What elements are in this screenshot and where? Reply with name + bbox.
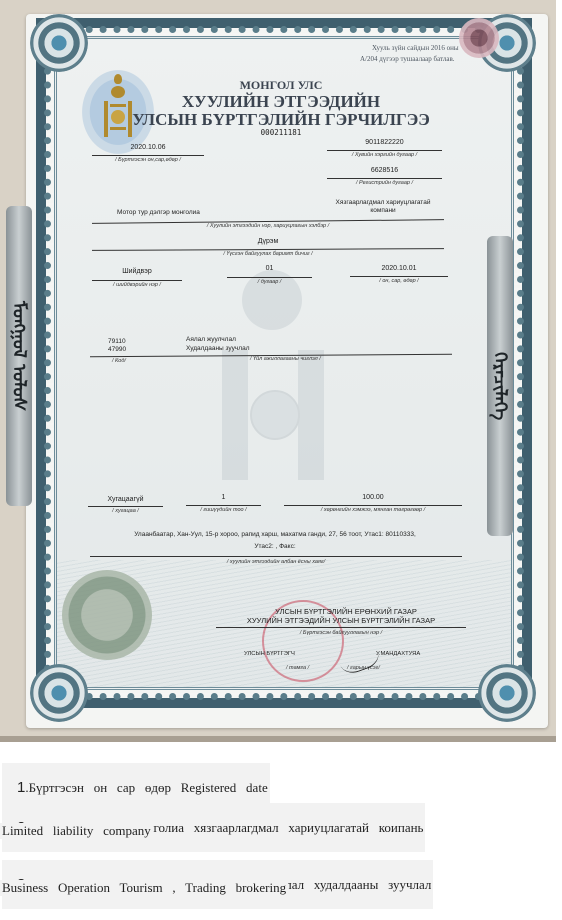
serial-number: 000211181 [231,128,331,137]
registry-number-label: / Регистрийн дугаар / [327,180,442,186]
activity-code-2: 47990 [108,346,126,353]
side-panel-left: ᠮᠣᠩᠭᠣᠯ ᠤᠯᠤᠰ [6,206,32,506]
side-panel-right: ᠭᠡᠷᠡᠴᠢᠯᠡᠭᠡ [487,236,513,536]
members-count-label: / гишүүдийн тоо / [186,507,261,513]
registrar-title: УЛСЫН БҮРТГЭГЧ [244,651,295,657]
founding-document-value: Дүрэм [92,238,444,245]
holographic-seal-icon [62,570,152,660]
registered-date-value: 2020.10.06 [92,144,204,151]
soyombo-watermark-icon [222,270,322,490]
certificate-number-value: 9011822220 [327,139,442,146]
decision-label: / шийдвэрийн нэр / [92,282,182,288]
decision-value: Шийдвэр [92,268,182,275]
decision-number-label: / дугаар / [227,279,312,285]
decree-line-1: Хууль зүйн сайдын 2016 оны [372,44,459,52]
activity-code-1: 79110 [108,338,126,345]
authority-label: / Бүртгэсэн байгууллагын нэр / [216,630,466,636]
corner-ornament-icon [478,664,536,722]
capital-label: / хөрөнгийн хэмжээ, мянган төгрөгөөр / [284,507,462,513]
address-line-2: Утас2: , Факс: [80,543,470,550]
address-label: / хуулийн этгээдийн албан ёсны хаяг/ [90,559,462,565]
corner-ornament-icon [30,664,88,722]
entity-name-label: / Хуулийн этгээдийн нэр, хариуцлагын хэл… [92,223,444,229]
note-3-translation: Business Operation Tourism , Trading bro… [0,880,288,896]
duration-value: Хугацаагүй [88,496,163,503]
position-label: / тамга / [286,665,309,671]
registered-date-label: / Бүртгэсэн он,сар,өдөр / [92,157,204,163]
activity-name-2: Худалдааны зуучлал [186,345,250,352]
registry-number-value: 6628516 [327,167,442,174]
certificate-number-label: / Хувийн хэргийн дугаар / [327,152,442,158]
founding-document-label: / Үүсгэн байгуулах баримт бичиг / [92,251,444,257]
registrar-name: У.МАНДАХТУЯА [376,651,420,657]
authority-line-2: ХУУЛИЙН ЭТГЭЭДИЙН УЛСЫН БҮРТГЭЛИЙН ГАЗАР [216,616,466,625]
title-line-2: УЛСЫН БҮРТГЭЛИЙН ГЭРЧИЛГЭЭ [0,110,556,130]
mongolian-script-left: ᠮᠣᠩᠭᠣᠯ ᠤᠯᠤᠰ [4,301,35,411]
duration-label: / хугацаа / [88,508,163,514]
address-line-1: Улаанбаатар, Хан-Уул, 15-р хороо, рапид … [80,531,470,538]
mongolian-script-right: ᠭᠡᠷᠡᠴᠢᠯᠡᠭᠡ [485,352,516,420]
entity-name-value: Мотор тур дэлгэр монголиа [117,209,200,216]
decision-date-value: 2020.10.01 [350,265,448,272]
liability-form-line-2: компани [318,207,448,214]
certificate-photo: ᠮᠣᠩᠭᠣᠯ ᠤᠯᠤᠰ ᠭᠡᠷᠡᠴᠢᠯᠡᠭᠡ Хууль зүйн сайдын… [0,0,556,742]
corner-ornament-icon [30,14,88,72]
members-count-value: 1 [186,494,261,501]
activity-name-1: Аялал жуулчлал [186,336,236,343]
liability-form-line-1: Хязгаарлагдмал хариуцлагатай [318,199,448,206]
decision-date-label: / он, сар, өдөр / [350,278,448,284]
hologram-stamp-icon [459,18,499,58]
decree-line-2: А/204 дүгээр тушаалаар батлав. [360,55,455,63]
note-2-translation: Limited liability company [0,823,153,839]
capital-value: 100.00 [284,494,462,501]
activity-label: / Үйл ажиллагааны чиглэл / [250,356,321,362]
title-line-1: ХУУЛИЙН ЭТГЭЭДИЙН [0,92,556,112]
decision-number-value: 01 [227,265,312,272]
country-name: МОНГОЛ УЛС [0,78,556,93]
activity-code-label: / Код/ [112,358,126,364]
authority-line-1: УЛСЫН БҮРТГЭЛИЙН ЕРӨНХИЙ ГАЗАР [226,607,466,616]
